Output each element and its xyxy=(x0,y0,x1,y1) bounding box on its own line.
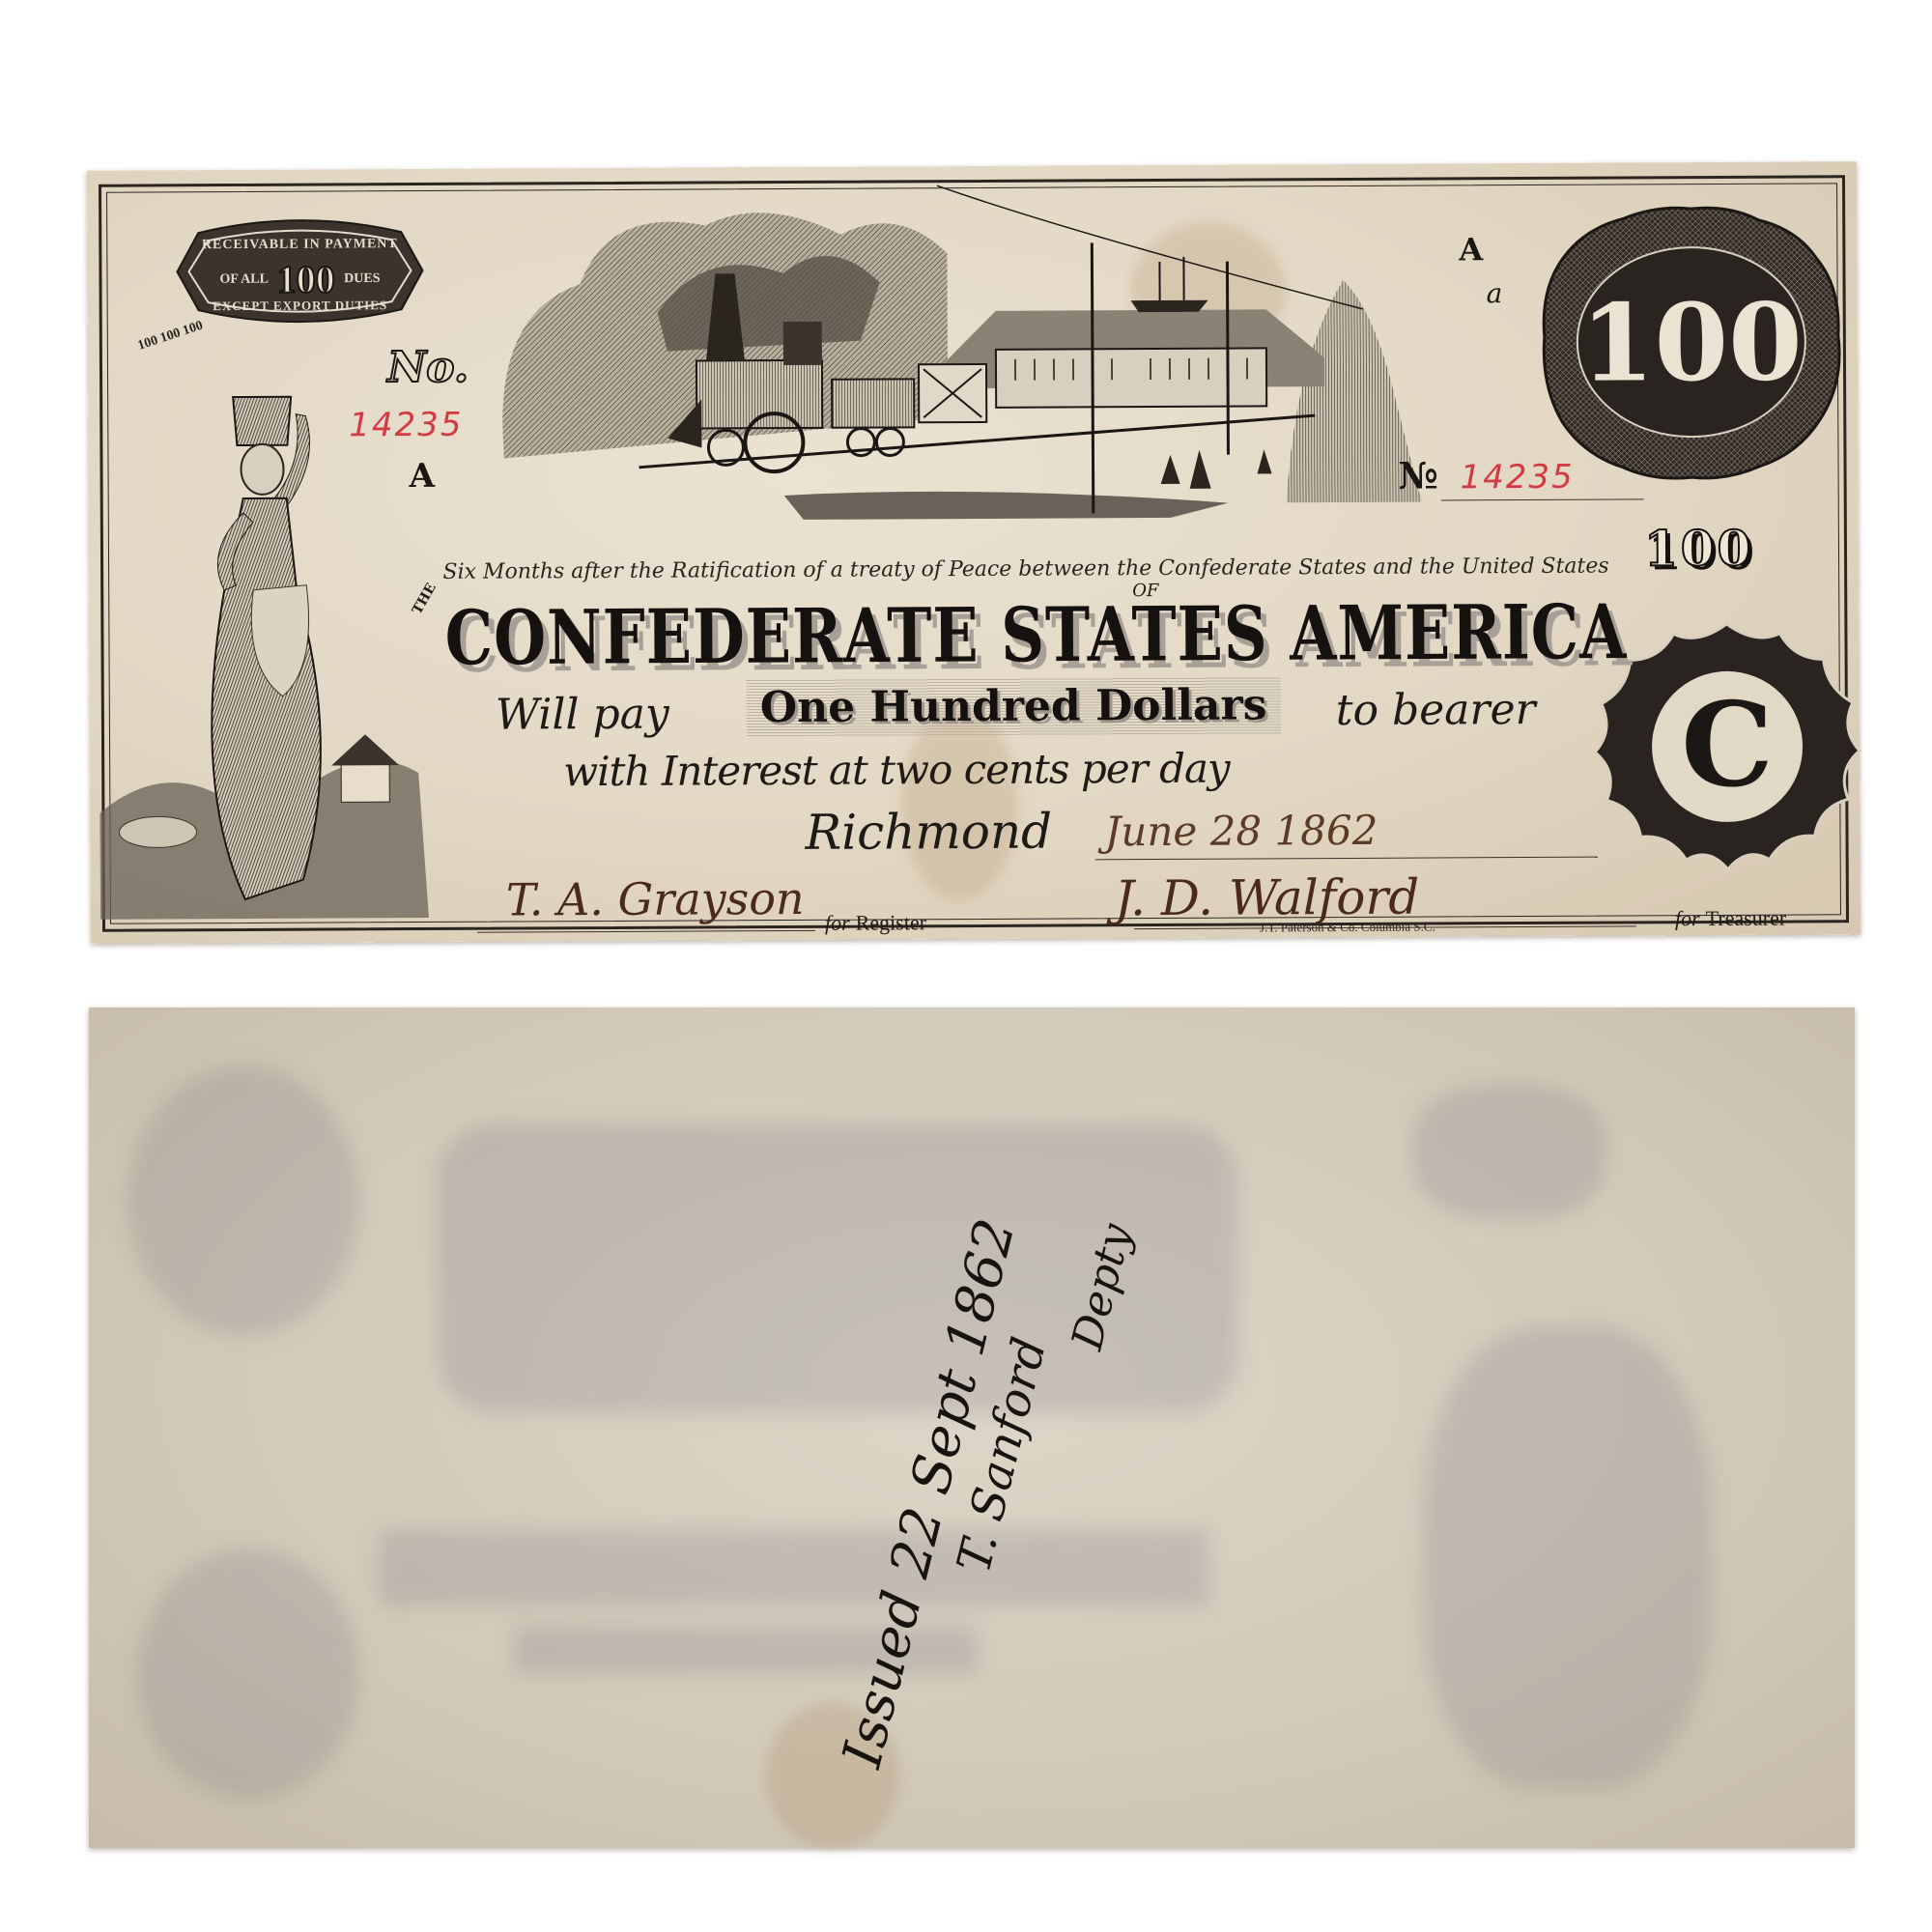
tablet-line-1: RECEIVABLE IN PAYMENT xyxy=(169,237,430,253)
ghost-tablet xyxy=(1412,1085,1605,1220)
interest-rate-text: with Interest at two cents per day xyxy=(563,745,1230,796)
issue-date-handwritten: June 28 1862 xyxy=(1104,807,1378,855)
amount-in-words: One Hundred Dollars xyxy=(747,676,1281,736)
of-label: OF xyxy=(1132,581,1158,601)
number-label-right: № xyxy=(1398,453,1438,497)
for-register-label: forRegister xyxy=(825,910,926,936)
svg-text:C: C xyxy=(1681,677,1774,813)
receivable-tablet: RECEIVABLE IN PAYMENT OF ALL 100 DUES EX… xyxy=(169,213,431,329)
for-register-text: Register xyxy=(856,910,926,934)
denomination-100-medallion-icon: 100 xyxy=(1536,200,1847,482)
for-register-prefix: for xyxy=(825,911,850,935)
ghost-100-medallion xyxy=(128,1065,359,1336)
banknote-front: RECEIVABLE IN PAYMENT OF ALL 100 DUES EX… xyxy=(87,161,1861,944)
to-bearer-text: to bearer xyxy=(1336,685,1536,735)
tablet-line-2: OF ALL 100 DUES xyxy=(169,256,430,302)
serial-number-right: 14235 xyxy=(1460,458,1574,497)
register-signature-line xyxy=(477,930,815,933)
denomination-100-text: 100 xyxy=(1644,520,1754,578)
tablet-line-3: EXCEPT EXPORT DUTIES xyxy=(170,298,431,314)
ghost-title xyxy=(379,1529,1209,1606)
tablet-left-word: OF ALL xyxy=(219,272,268,287)
ghost-c-medallion xyxy=(137,1548,359,1800)
for-treasurer-prefix: for xyxy=(1675,906,1700,930)
train-vignette-icon xyxy=(493,163,1461,535)
ghost-portrait xyxy=(1422,1326,1712,1790)
tablet-value: 100 xyxy=(277,257,335,300)
note-title: CONFEDERATE STATES AMERICA xyxy=(422,587,1649,682)
series-letter-right: A xyxy=(1459,231,1483,268)
svg-text:100: 100 xyxy=(1580,280,1803,406)
place-of-issue: Richmond xyxy=(805,804,1052,861)
treasurer-signature: J. D. Walford xyxy=(1115,869,1420,927)
for-treasurer-label: forTreasurer xyxy=(1675,906,1786,932)
register-signature: T. A. Grayson xyxy=(506,872,805,926)
woman-portrait-icon xyxy=(98,377,429,929)
printer-imprint: J.T. Paterson & Co. Columbia S.C. xyxy=(1260,920,1435,936)
will-pay-text: Will pay xyxy=(496,690,669,740)
series-letter-right-small: a xyxy=(1487,277,1503,309)
for-treasurer-text: Treasurer xyxy=(1706,906,1787,930)
tablet-right-word: DUES xyxy=(344,271,380,286)
